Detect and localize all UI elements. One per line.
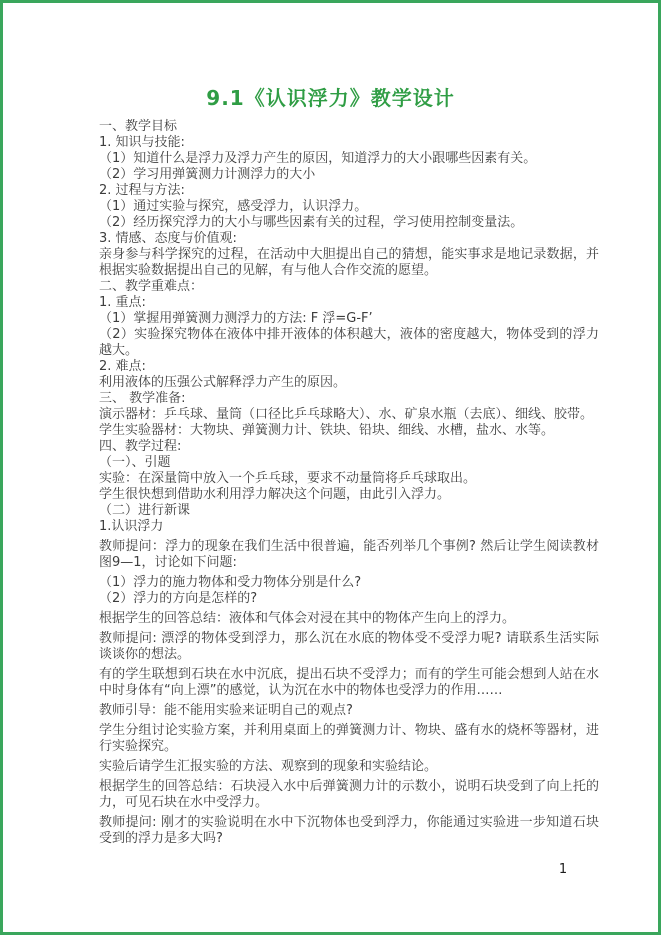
page-number: 1 (553, 862, 573, 878)
paragraph: 四、教学过程: (99, 439, 599, 455)
paragraph: 教师提问：浮力的现象在我们生活中很普遍，能否列举几个事例? 然后让学生阅读教材图… (99, 539, 599, 571)
paragraph: 有的学生联想到石块在水中沉底，提出石块不受浮力；而有的学生可能会想到人站在水中时… (99, 667, 599, 699)
document-body: 一、教学目标1. 知识与技能:（1）知道什么是浮力及浮力产生的原因，知道浮力的大… (99, 119, 599, 847)
paragraph: （一）、引题 (99, 455, 599, 471)
paragraph: 3. 情感、态度与价值观: (99, 231, 599, 247)
paragraph: 演示器材：乒乓球、量筒（口径比乒乓球略大）、水、矿泉水瓶（去底）、细线、胶带。 (99, 407, 599, 423)
paragraph: （二）进行新课 (99, 503, 599, 519)
paragraph: 教师引导：能不能用实验来证明自己的观点? (99, 703, 599, 719)
paragraph: （1）掌握用弹簧测力测浮力的方法: F 浮=G-F’ (99, 311, 599, 327)
paragraph: 2. 过程与方法: (99, 183, 599, 199)
paragraph: 实验后请学生汇报实验的方法、观察到的现象和实验结论。 (99, 759, 599, 775)
paragraph: （2）学习用弹簧测力计测浮力的大小 (99, 167, 599, 183)
paragraph: （1）通过实验与探究，感受浮力，认识浮力。 (99, 199, 599, 215)
paragraph: 根据学生的回答总结：液体和气体会对浸在其中的物体产生向上的浮力。 (99, 611, 599, 627)
paragraph: （2）实验探究物体在液体中排开液体的体积越大，液体的密度越大，物体受到的浮力越大… (99, 327, 599, 359)
paragraph: （2）浮力的方向是怎样的? (99, 591, 599, 607)
paragraph: 学生实验器材：大物块、弹簧测力计、铁块、铅块、细线、水槽，盐水、水等。 (99, 423, 599, 439)
page-frame: 9.1《认识浮力》教学设计 一、教学目标1. 知识与技能:（1）知道什么是浮力及… (0, 0, 661, 935)
paragraph: 三、 教学准备: (99, 391, 599, 407)
paragraph: 利用液体的压强公式解释浮力产生的原因。 (99, 375, 599, 391)
paragraph: 二、教学重难点： (99, 279, 599, 295)
paragraph: 教师提问: 漂浮的物体受到浮力，那么沉在水底的物体受不受浮力呢? 请联系生活实际… (99, 631, 599, 663)
paragraph: （1）浮力的施力物体和受力物体分别是什么? (99, 575, 599, 591)
paragraph: 教师提问: 刚才的实验说明在水中下沉物体也受到浮力，你能通过实验进一步知道石块受… (99, 815, 599, 847)
page-title: 9.1《认识浮力》教学设计 (3, 3, 658, 110)
paragraph: 1.认识浮力 (99, 519, 599, 535)
paragraph: 亲身参与科学探究的过程，在活动中大胆提出自己的猜想，能实事求是地记录数据，并根据… (99, 247, 599, 279)
paragraph: 学生很快想到借助水利用浮力解决这个问题，由此引入浮力。 (99, 487, 599, 503)
paragraph: 一、教学目标 (99, 119, 599, 135)
paragraph: 实验：在深量筒中放入一个乒乓球，要求不动量筒将乒乓球取出。 (99, 471, 599, 487)
paragraph: 1. 知识与技能: (99, 135, 599, 151)
paragraph: （2）经历探究浮力的大小与哪些因素有关的过程，学习使用控制变量法。 (99, 215, 599, 231)
paragraph: 1. 重点: (99, 295, 599, 311)
paragraph: 2. 难点: (99, 359, 599, 375)
paragraph: 根据学生的回答总结：石块浸入水中后弹簧测力计的示数小，说明石块受到了向上托的力，… (99, 779, 599, 811)
paragraph: 学生分组讨论实验方案，并利用桌面上的弹簧测力计、物块、盛有水的烧杯等器材，进行实… (99, 723, 599, 755)
paragraph: （1）知道什么是浮力及浮力产生的原因，知道浮力的大小跟哪些因素有关。 (99, 151, 599, 167)
